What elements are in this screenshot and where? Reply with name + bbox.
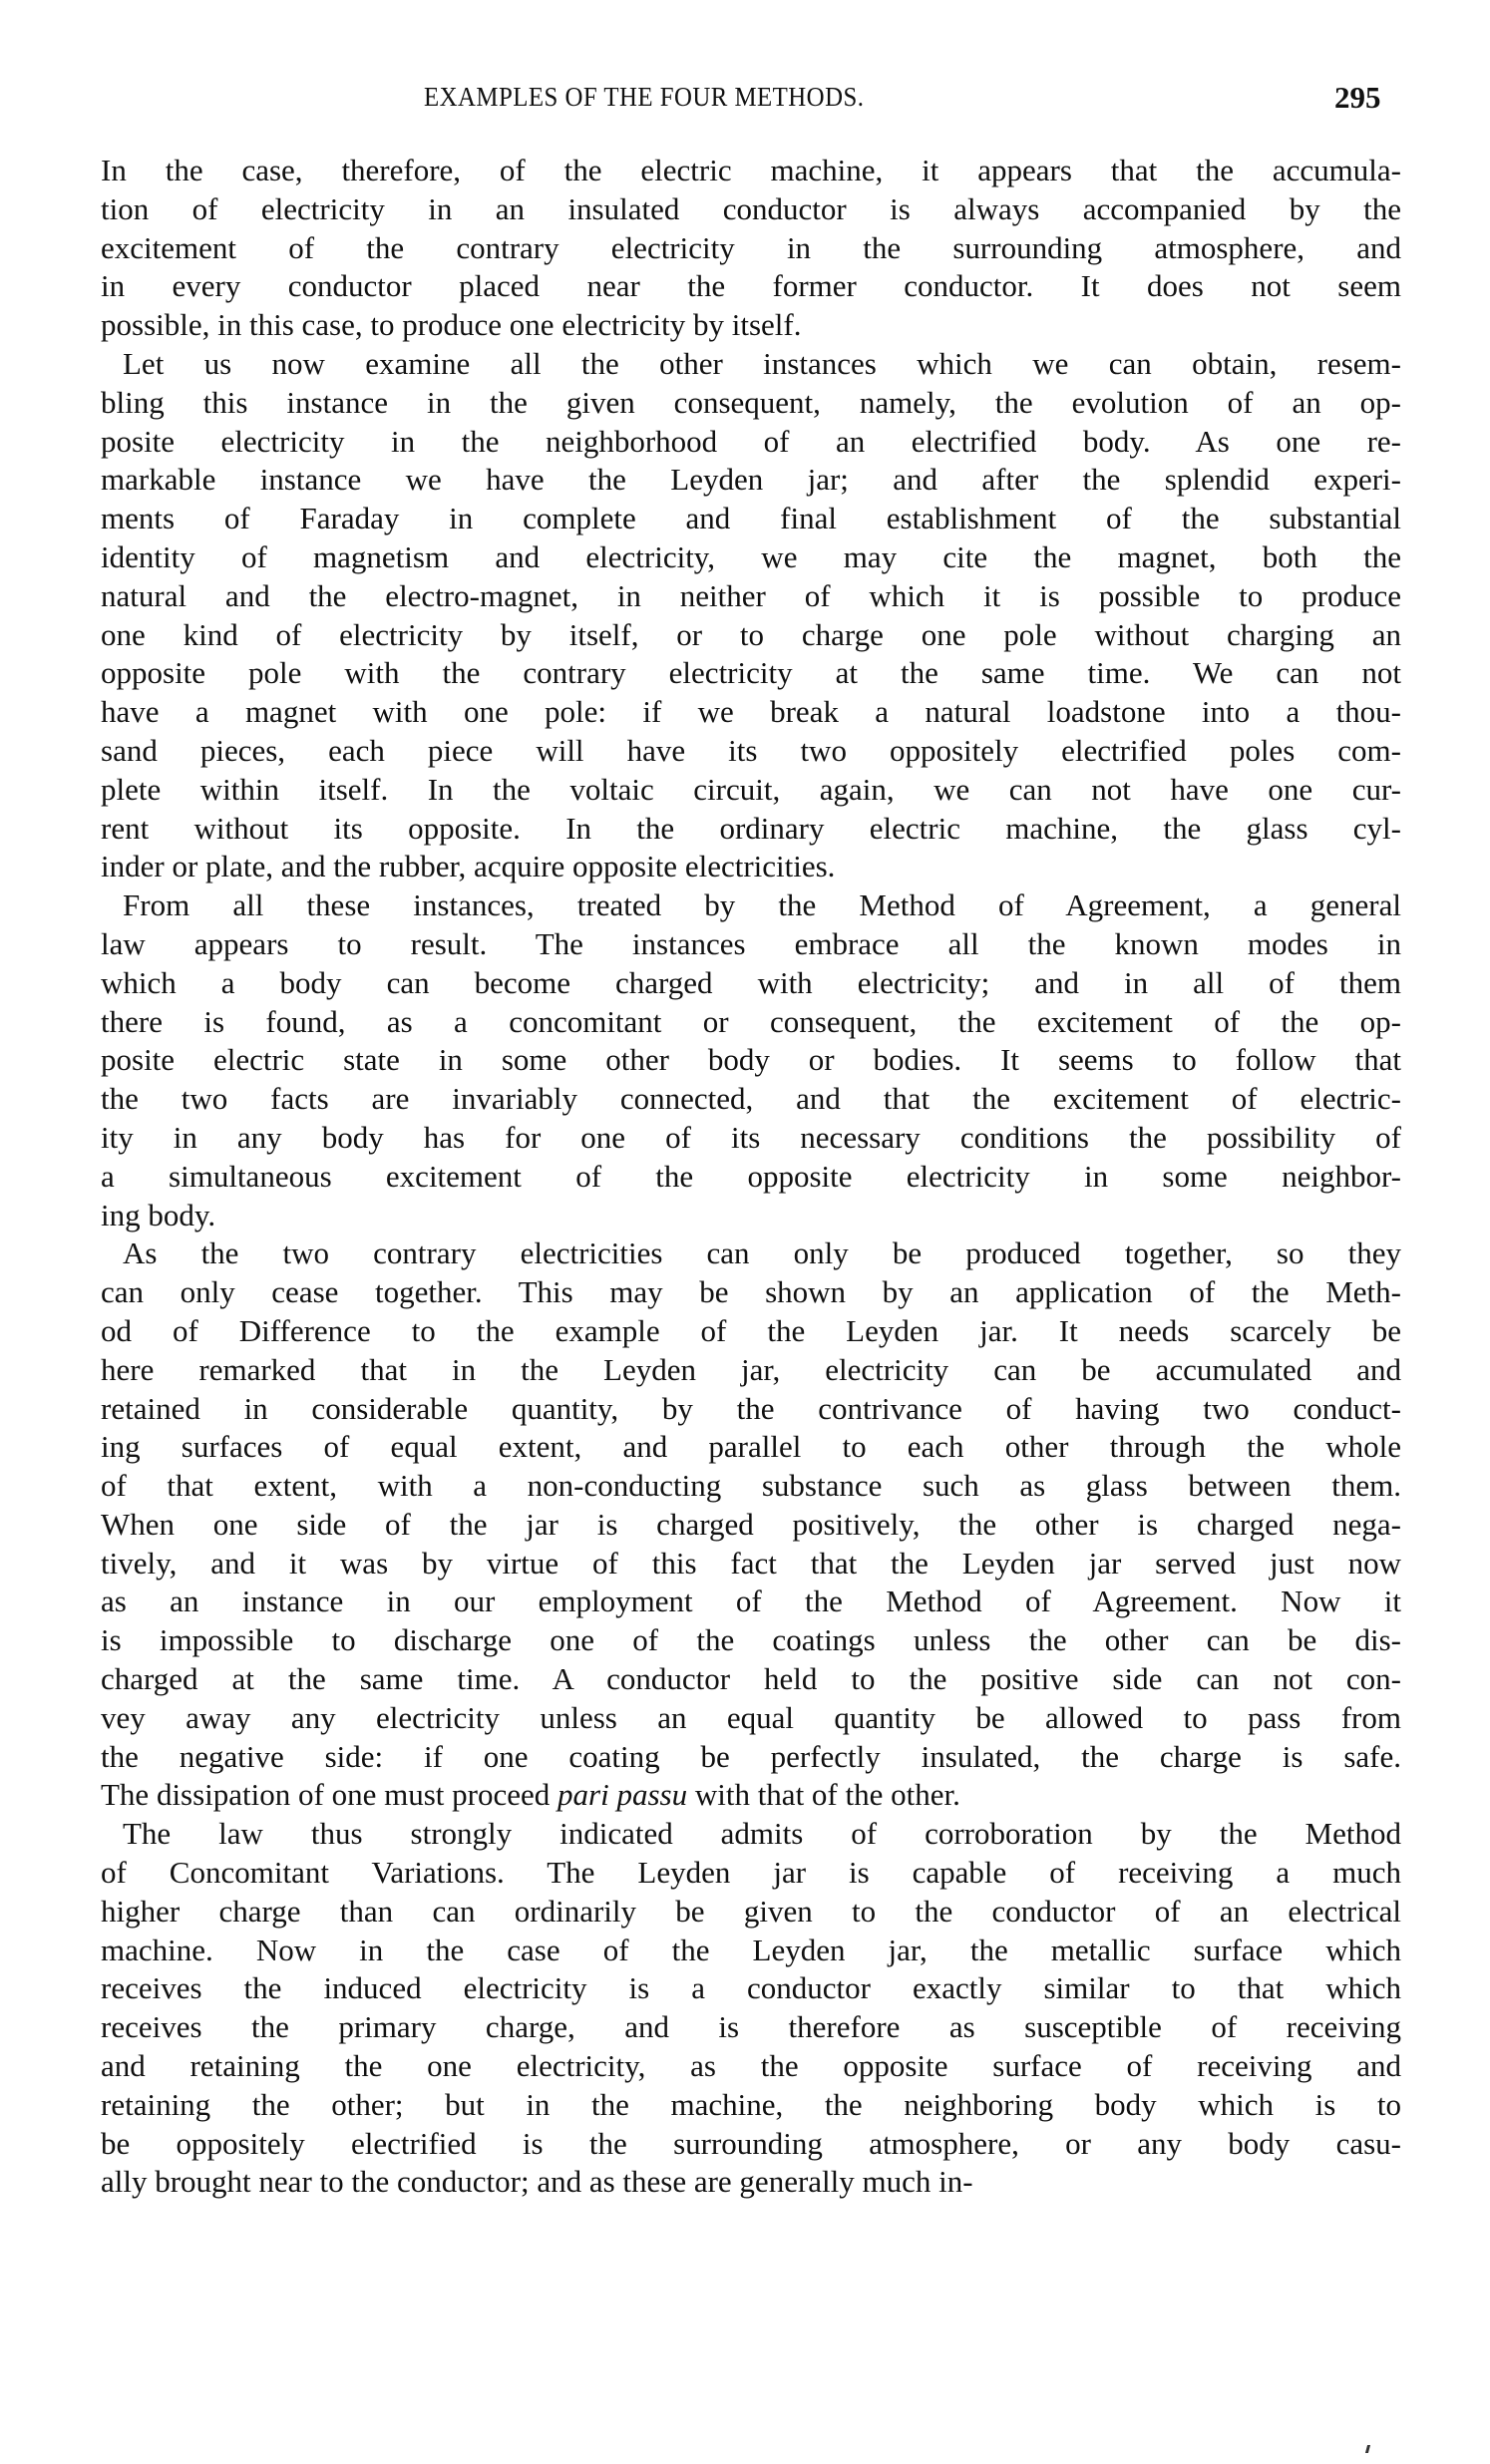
text-line: as an instance in our employment of the …: [101, 1583, 1401, 1621]
text-line: here remarked that in the Leyden jar, el…: [101, 1351, 1401, 1390]
text-line: bling this instance in the given consequ…: [101, 384, 1401, 423]
scan-artifact: [1365, 2445, 1370, 2453]
text-line: excitement of the contrary electricity i…: [101, 229, 1401, 268]
text-line: tively, and it was by virtue of this fac…: [101, 1545, 1401, 1584]
text-line: retained in considerable quantity, by th…: [101, 1390, 1401, 1429]
text-line: receives the induced electricity is a co…: [101, 1969, 1401, 2008]
text-line: From all these instances, treated by the…: [101, 886, 1401, 925]
text-line: As the two contrary electricities can on…: [101, 1234, 1401, 1273]
text-line: the negative side: if one coating be per…: [101, 1738, 1401, 1777]
text-line: of that extent, with a non-conducting su…: [101, 1467, 1401, 1506]
text-line: ing body.: [101, 1197, 1401, 1235]
text-line: od of Difference to the example of the L…: [101, 1312, 1401, 1351]
text-line: plete within itself. In the voltaic circ…: [101, 771, 1401, 810]
text-line: identity of magnetism and electricity, w…: [101, 538, 1401, 577]
text-line: natural and the electro-magnet, in neith…: [101, 577, 1401, 616]
text-line: and retaining the one electricity, as th…: [101, 2047, 1401, 2086]
page-number: 295: [1334, 80, 1381, 116]
text-line: markable instance we have the Leyden jar…: [101, 461, 1401, 500]
text-line: receives the primary charge, and is ther…: [101, 2008, 1401, 2047]
text-line: the two facts are invariably connected, …: [101, 1080, 1401, 1119]
text-line: can only cease together. This may be sho…: [101, 1273, 1401, 1312]
text-run: with that of the other.: [687, 1776, 960, 1815]
text-line: Let us now examine all the other instanc…: [101, 345, 1401, 384]
page-header: EXAMPLES OF THE FOUR METHODS. 295: [0, 82, 1490, 122]
text-line: of Concomitant Variations. The Leyden ja…: [101, 1854, 1401, 1893]
text-line: The dissipation of one must proceed pari…: [101, 1776, 1401, 1815]
text-line: there is found, as a concomitant or cons…: [101, 1003, 1401, 1042]
paragraph: In the case, therefore, of the electric …: [101, 152, 1401, 345]
text-run: The dissipation of one must proceed: [101, 1776, 558, 1815]
text-line: have a magnet with one pole: if we break…: [101, 693, 1401, 732]
text-line: ally brought near to the conductor; and …: [101, 2163, 1401, 2202]
text-line: in every conductor placed near the forme…: [101, 267, 1401, 306]
text-line: posite electric state in some other body…: [101, 1041, 1401, 1080]
text-line: sand pieces, each piece will have its tw…: [101, 732, 1401, 771]
text-line: one kind of electricity by itself, or to…: [101, 616, 1401, 655]
paragraph: As the two contrary electricities can on…: [101, 1234, 1401, 1815]
text-line: charged at the same time. A conductor he…: [101, 1660, 1401, 1699]
paragraph: Let us now examine all the other instanc…: [101, 345, 1401, 886]
text-line: tion of electricity in an insulated cond…: [101, 190, 1401, 229]
paragraph: The law thus strongly indicated admits o…: [101, 1815, 1401, 2202]
text-line: is impossible to discharge one of the co…: [101, 1621, 1401, 1660]
text-line: ments of Faraday in complete and final e…: [101, 500, 1401, 538]
text-line: The law thus strongly indicated admits o…: [101, 1815, 1401, 1854]
text-line: higher charge than can ordinarily be giv…: [101, 1893, 1401, 1932]
text-line: opposite pole with the contrary electric…: [101, 654, 1401, 693]
text-line: inder or plate, and the rubber, acquire …: [101, 848, 1401, 886]
text-line: ing surfaces of equal extent, and parall…: [101, 1428, 1401, 1467]
text-line: a simultaneous excitement of the opposit…: [101, 1158, 1401, 1197]
running-head: EXAMPLES OF THE FOUR METHODS.: [424, 82, 864, 113]
text-line: rent without its opposite. In the ordina…: [101, 810, 1401, 849]
text-line: When one side of the jar is charged posi…: [101, 1506, 1401, 1545]
text-line: In the case, therefore, of the electric …: [101, 152, 1401, 190]
text-line: possible, in this case, to produce one e…: [101, 306, 1401, 345]
paragraph: From all these instances, treated by the…: [101, 886, 1401, 1234]
text-line: vey away any electricity unless an equal…: [101, 1699, 1401, 1738]
text-line: law appears to result. The instances emb…: [101, 925, 1401, 964]
text-line: retaining the other; but in the machine,…: [101, 2086, 1401, 2125]
text-line: posite electricity in the neighborhood o…: [101, 423, 1401, 462]
text-line: ity in any body has for one of its neces…: [101, 1119, 1401, 1158]
text-line: machine. Now in the case of the Leyden j…: [101, 1932, 1401, 1970]
page-body: In the case, therefore, of the electric …: [101, 152, 1401, 2202]
text-line: be oppositely electrified is the surroun…: [101, 2125, 1401, 2164]
italic-phrase: pari passu: [558, 1777, 687, 1812]
text-line: which a body can become charged with ele…: [101, 964, 1401, 1003]
